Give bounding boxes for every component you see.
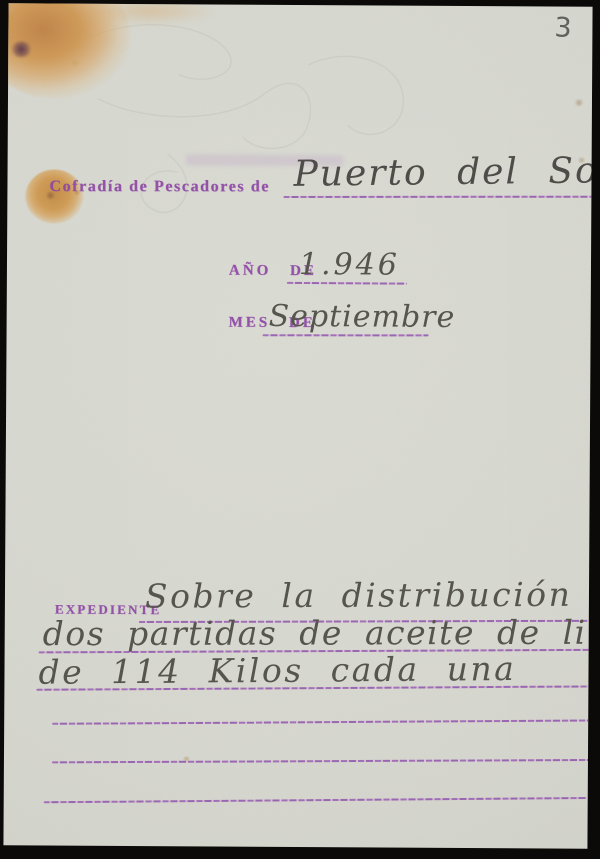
guild-stamp-label: Cofradía de Pescadores de [49,178,270,196]
expediente-line-2-handwriting: dos partidas de aceite de linaza [43,613,593,654]
year-underline [287,282,407,285]
guild-name-handwriting: Puerto del Son [293,150,592,195]
year-value-handwriting: 1.946 [299,247,400,283]
blank-ruled-line [44,797,593,803]
paper-speck [70,60,79,67]
guild-name-underline [283,196,592,198]
expediente-line-1-handwriting: Sobre la distribución de [145,575,593,616]
paper-sheet: 3 Cofradía de Pescadores de Puerto del S… [3,3,592,849]
blank-ruled-line [52,759,593,763]
month-underline [263,334,429,336]
blank-ruled-line [52,720,592,725]
scan-black-border: 3 Cofradía de Pescadores de Puerto del S… [0,0,600,859]
page-number: 3 [554,12,572,44]
paper-speck [574,99,584,107]
month-value-handwriting: Septiembre [269,299,456,335]
corner-stain-dark-spot [10,41,32,57]
scanned-document-page: { "document": { "page_number": "3", "gui… [0,0,600,859]
